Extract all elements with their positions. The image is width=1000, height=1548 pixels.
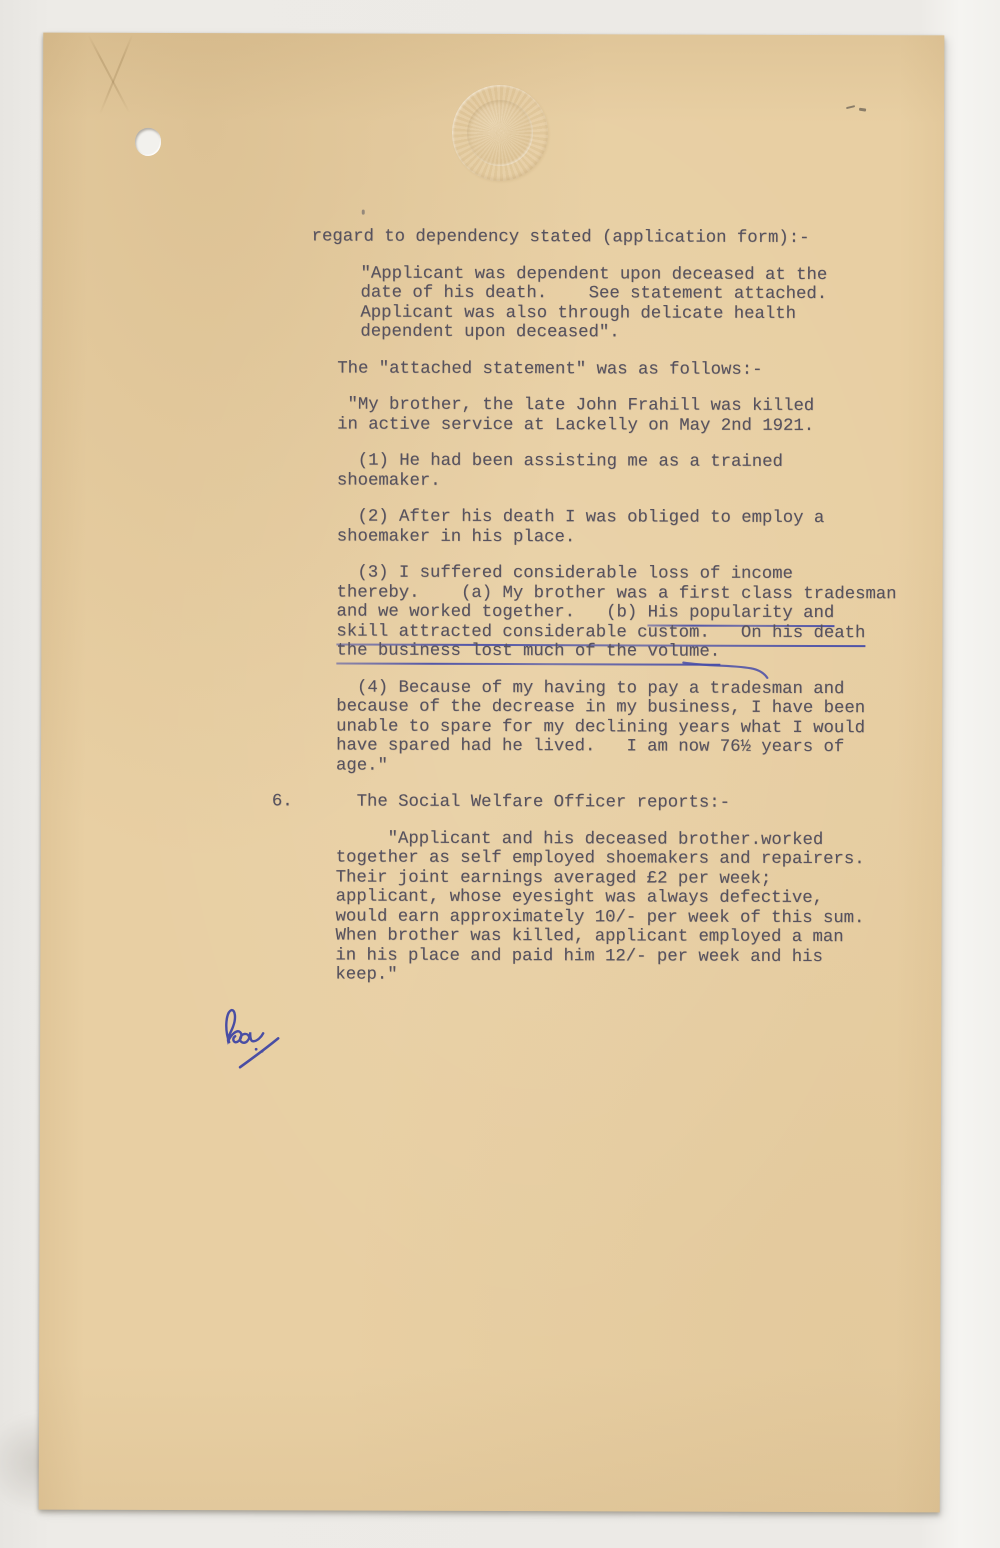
- text-line: (3) I suffered considerable loss of inco…: [337, 564, 937, 585]
- text-line: thereby. (a) My brother was a first clas…: [337, 583, 937, 604]
- paper-crease: [88, 35, 131, 114]
- paragraph: (1) He had been assisting me as a traine…: [337, 452, 937, 493]
- paragraph: "Applicant and his deceased brother.work…: [335, 829, 935, 987]
- paragraph: "Applicant was dependent upon deceased a…: [360, 264, 937, 344]
- paragraph: 6. The Social Welfare Officer reports:-: [336, 793, 936, 814]
- text-line: The Social Welfare Officer reports:-: [336, 793, 936, 814]
- text-line: regard to dependency stated (application…: [312, 227, 938, 248]
- pencil-mark: [846, 105, 855, 109]
- text-line: The "attached statement" was as follows:…: [337, 359, 937, 380]
- typewritten-content: regard to dependency stated (application…: [335, 228, 937, 1004]
- paragraph: "My brother, the late John Frahill was k…: [337, 396, 937, 437]
- paragraph: The "attached statement" was as follows:…: [337, 359, 937, 380]
- text-line: dependent upon deceased".: [360, 323, 937, 344]
- paragraph: (3) I suffered considerable loss of inco…: [336, 564, 936, 663]
- text-line: would earn approximately 10/- per week o…: [336, 907, 936, 928]
- text-line: and we worked together. (b) His populari…: [336, 603, 936, 624]
- section-number: 6.: [272, 792, 293, 812]
- paper-crease: [99, 34, 133, 114]
- text-line: "Applicant and his deceased brother.work…: [336, 829, 936, 850]
- text-line: age.": [336, 756, 936, 777]
- scanned-document: { "document": { "type": "typewritten-arc…: [0, 0, 1000, 1548]
- text-line: date of his death. See statement attache…: [360, 284, 937, 305]
- text-line: unable to spare for my declining years w…: [336, 717, 936, 738]
- text-line: shoemaker.: [337, 471, 937, 492]
- pencil-mark: [859, 108, 866, 112]
- punch-hole: [135, 128, 161, 156]
- paragraph: regard to dependency stated (application…: [312, 227, 938, 248]
- text-line: When brother was killed, applicant emplo…: [335, 927, 935, 948]
- text-line: applicant, whose eyesight was always def…: [336, 888, 936, 909]
- text-line: together as self employed shoemakers and…: [336, 849, 936, 870]
- text-line: keep.": [335, 966, 935, 987]
- text-line: "My brother, the late John Frahill was k…: [337, 396, 937, 417]
- text-line: in his place and paid him 12/- per week …: [335, 946, 935, 967]
- text-line: Their joint earnings averaged £2 per wee…: [336, 868, 936, 889]
- handwritten-initials: [215, 1001, 299, 1085]
- text-line: in active service at Lackelly on May 2nd…: [337, 415, 937, 436]
- embossed-seal: [452, 85, 548, 181]
- text-line: (1) He had been assisting me as a traine…: [337, 452, 937, 473]
- text-line: because of the decrease in my business, …: [336, 698, 936, 719]
- text-line: "Applicant was dependent upon deceased a…: [361, 264, 938, 285]
- text-line: shoemaker in his place.: [337, 527, 937, 548]
- text-line: (2) After his death I was obliged to emp…: [337, 508, 937, 529]
- text-line: Applicant was also through delicate heal…: [360, 303, 937, 324]
- ink-speck: [362, 210, 365, 215]
- text-line: have spared had he lived. I am now 76½ y…: [336, 737, 936, 758]
- paragraph: (4) Because of my having to pay a trades…: [336, 678, 936, 777]
- embossed-seal-center: [467, 100, 533, 166]
- text-line: (4) Because of my having to pay a trades…: [336, 678, 936, 699]
- document-page: regard to dependency stated (application…: [39, 33, 945, 1513]
- paragraph: (2) After his death I was obliged to emp…: [337, 508, 937, 549]
- text-line: skill attracted considerable custom. On …: [336, 622, 936, 643]
- ink-underlined-text: the business lost much of the volume.: [336, 642, 720, 666]
